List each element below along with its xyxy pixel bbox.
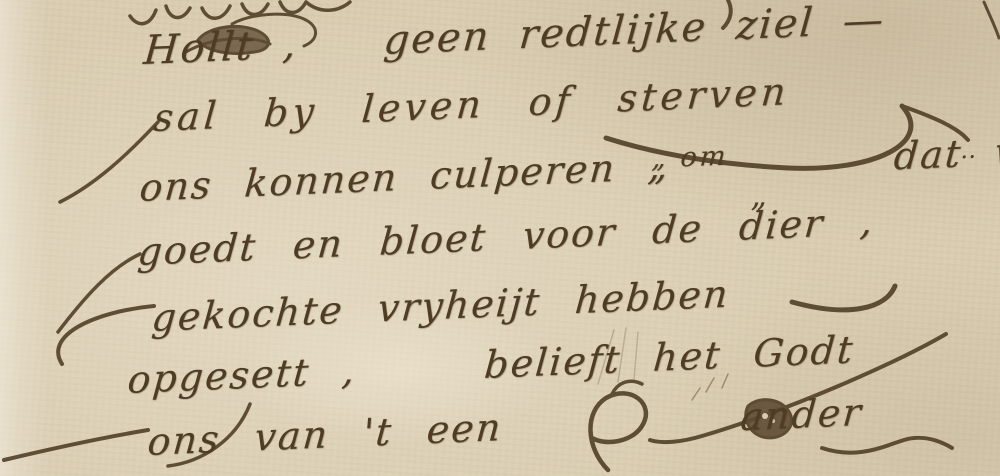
- flourish-after-hebben: [792, 286, 895, 310]
- insertion-quote-mark: „: [749, 176, 767, 215]
- swash-before-ons-last: [4, 430, 148, 460]
- manuscript-line-3: ons konnen culperen „ dat wij: [138, 127, 1000, 210]
- manuscript-line-5: gekochte vryheijt hebben: [150, 272, 731, 340]
- interlinear-insertion-om: „ om: [651, 141, 730, 175]
- swash-before-gekochte: [58, 306, 154, 364]
- flourish-ander-tail: [822, 438, 952, 453]
- ampersand-loop-curl: [612, 381, 642, 394]
- manuscript-line-6: opgesett , belieft het Godt: [126, 327, 856, 402]
- corner-stroke: [984, 2, 999, 38]
- manuscript-line-2: sal by leven of sterven: [152, 69, 791, 140]
- manuscript-line-7: ons van 't een ander: [146, 390, 864, 464]
- manuscript-page: Hollt , geen redtlijke ziel — sal by lev…: [0, 0, 1000, 476]
- swash-before-goedt: [58, 254, 140, 332]
- double-dot-mark: ‥: [960, 136, 979, 165]
- manuscript-line-1: Hollt , geen redtlijke ziel —: [142, 0, 887, 74]
